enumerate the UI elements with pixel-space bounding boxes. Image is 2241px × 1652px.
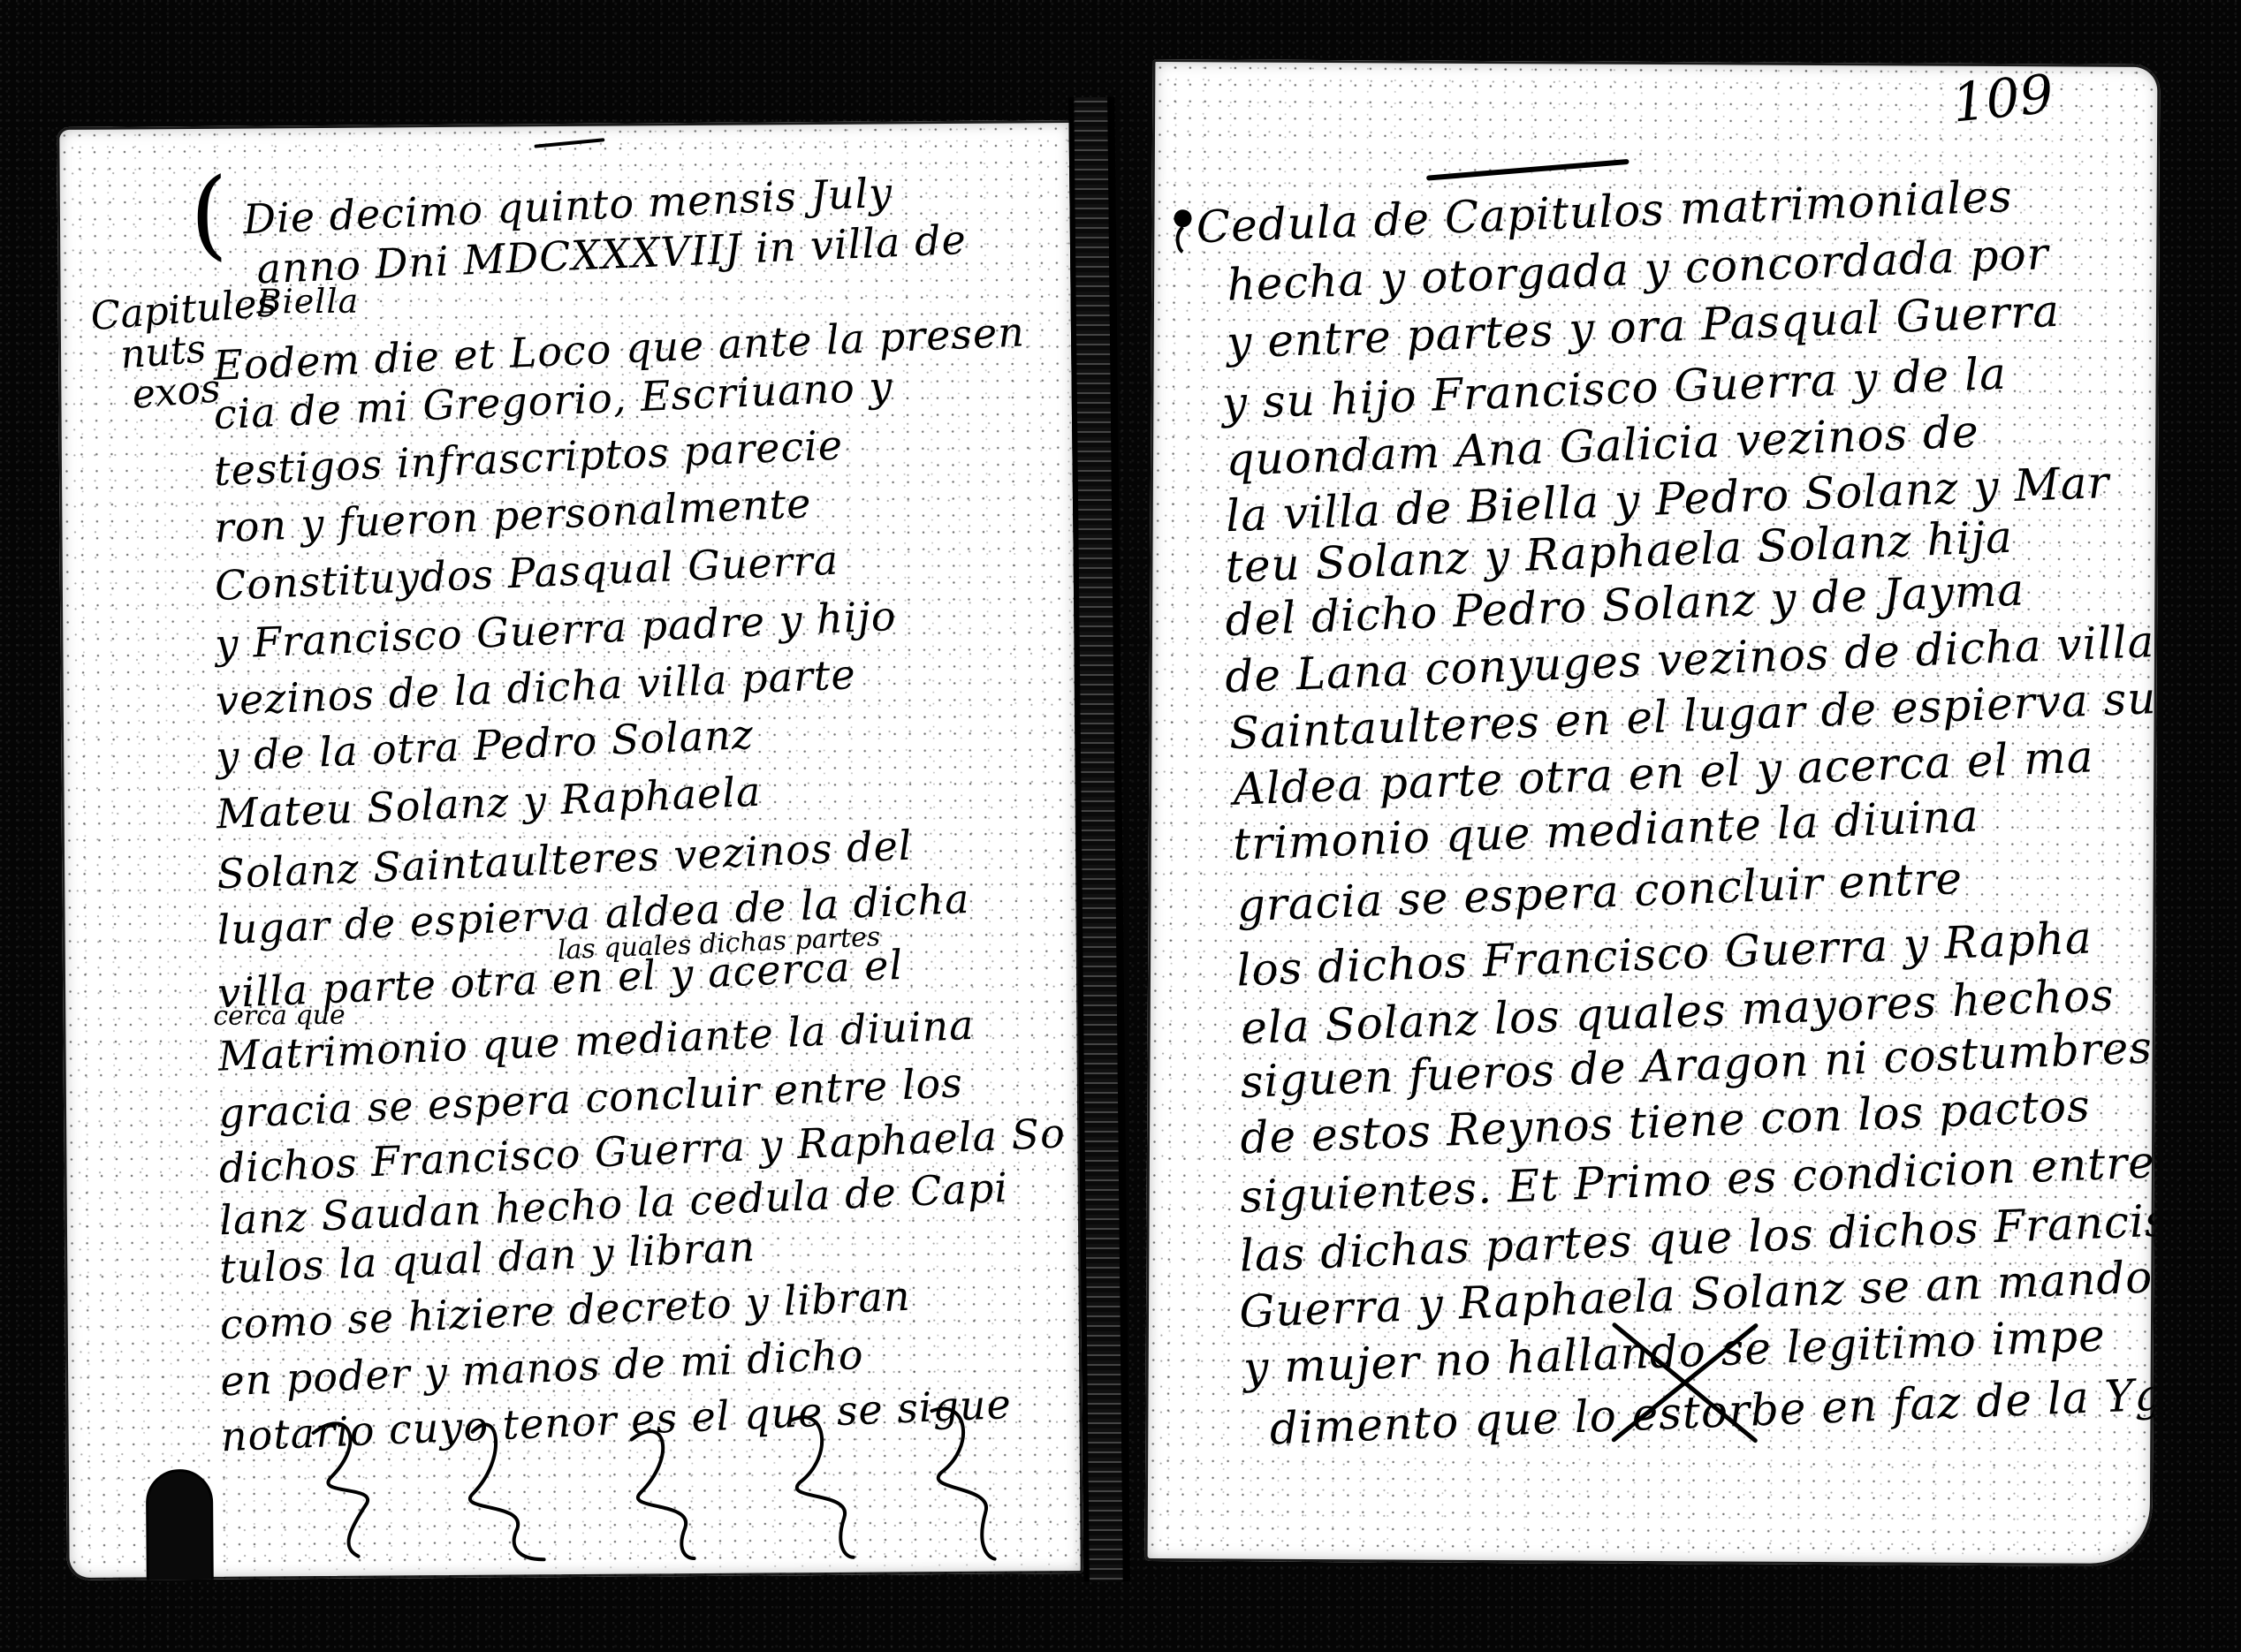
- text-line: Constituydos Pasqual Guerra: [214, 540, 839, 607]
- ink-rule: [534, 138, 604, 148]
- text-line: y de la otra Pedro Solanz: [215, 714, 754, 777]
- torn-page-corner: [146, 1469, 214, 1580]
- left-page: Capitules nuts exos ( Die decimo quinto …: [57, 120, 1083, 1580]
- folio-number: 109: [1950, 64, 2057, 135]
- right-page: 109 Cedula de Capitulos matrimoniales he…: [1145, 59, 2161, 1566]
- left-page-body: Die decimo quinto mensis July anno Dni M…: [57, 120, 1073, 127]
- text-line: Biella: [257, 284, 360, 319]
- text-line: gracia se espera concluir entre: [1236, 856, 1964, 928]
- closing-flourishes-icon: [295, 1401, 1021, 1565]
- opening-bracket: (: [190, 157, 229, 270]
- text-line: Mateu Solanz y Raphaela: [216, 771, 762, 835]
- ink-rule: [1426, 159, 1629, 181]
- scanned-manuscript: Capitules nuts exos ( Die decimo quinto …: [0, 0, 2241, 1652]
- strikethrough-cross-icon: [1605, 1316, 1765, 1450]
- text-line: ron y fueron personalmente: [214, 482, 813, 548]
- right-page-body: Cedula de Capitulos matrimoniales hecha …: [1152, 59, 2160, 64]
- interlinear-note: cerca que: [213, 1000, 346, 1032]
